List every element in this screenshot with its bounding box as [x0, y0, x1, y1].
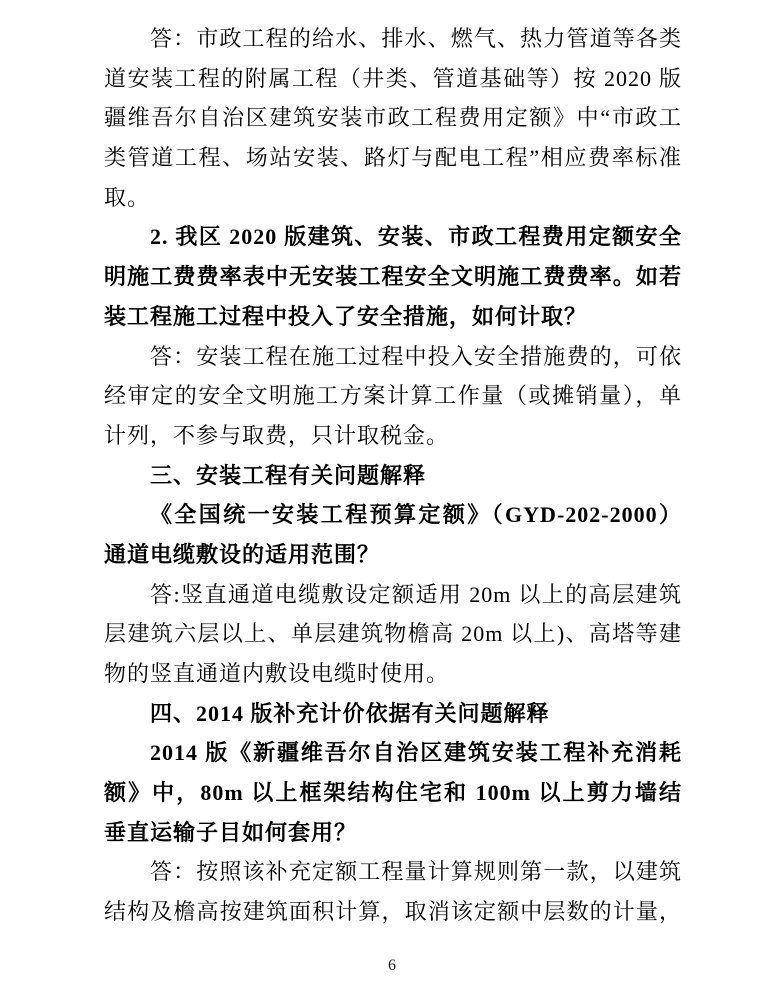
answer-paragraph-line: 经审定的安全文明施工方案计算工作量（或摊销量），单独	[104, 376, 682, 416]
answer-paragraph-line: 答：安装工程在施工过程中投入安全措施费的，可依据	[104, 337, 682, 377]
answer-paragraph-line: 层建筑六层以上、单层建筑物檐高 20m 以上)、高塔等建筑	[104, 614, 682, 654]
question-paragraph-line: 《全国统一安装工程预算定额》（GYD-202-2000）竖直	[104, 495, 682, 535]
answer-paragraph-line: 物的竖直通道内敷设电缆时使用。	[104, 654, 682, 694]
answer-paragraph-line: 答：市政工程的给水、排水、燃气、热力管道等各类管	[104, 19, 682, 59]
answer-paragraph-line: 答：按照该补充定额工程量计算规则第一款，以建筑物	[104, 852, 682, 892]
question-paragraph-line: 垂直运输子目如何套用？	[104, 813, 682, 853]
answer-paragraph-line: 道安装工程的附属工程（井类、管道基础等）按 2020 版《新	[104, 59, 682, 99]
section-heading: 三、安装工程有关问题解释	[104, 456, 682, 496]
question-paragraph-line: 通道电缆敷设的适用范围？	[104, 535, 682, 575]
question-paragraph-line: 2014 版《新疆维吾尔自治区建筑安装工程补充消耗量定	[104, 733, 682, 773]
question-paragraph-line: 2. 我区 2020 版建筑、安装、市政工程费用定额安全文	[104, 217, 682, 257]
text-block: 答：市政工程的给水、排水、燃气、热力管道等各类管 道安装工程的附属工程（井类、管…	[104, 19, 682, 932]
answer-paragraph-line: 疆维吾尔自治区建筑安装市政工程费用定额》中“市政工各	[104, 98, 682, 138]
answer-paragraph-line: 答:竖直通道电缆敷设定额适用 20m 以上的高层建筑(多	[104, 575, 682, 615]
page-number: 6	[0, 956, 784, 976]
document-page: 答：市政工程的给水、排水、燃气、热力管道等各类管 道安装工程的附属工程（井类、管…	[0, 0, 784, 1003]
answer-paragraph-line: 取。	[104, 178, 682, 218]
question-paragraph-line: 装工程施工过程中投入了安全措施，如何计取？	[104, 297, 682, 337]
section-heading: 四、2014 版补充计价依据有关问题解释	[104, 694, 682, 734]
answer-paragraph-line: 类管道工程、场站安装、路灯与配电工程”相应费率标准计	[104, 138, 682, 178]
question-paragraph-line: 额》中，80m 以上框架结构住宅和 100m 以上剪力墙结构住宅	[104, 773, 682, 813]
answer-paragraph-line: 结构及檐高按建筑面积计算，取消该定额中层数的计量，调	[104, 892, 682, 932]
question-paragraph-line: 明施工费费率表中无安装工程安全文明施工费费率。如若安	[104, 257, 682, 297]
answer-paragraph-line: 计列，不参与取费，只计取税金。	[104, 416, 682, 456]
